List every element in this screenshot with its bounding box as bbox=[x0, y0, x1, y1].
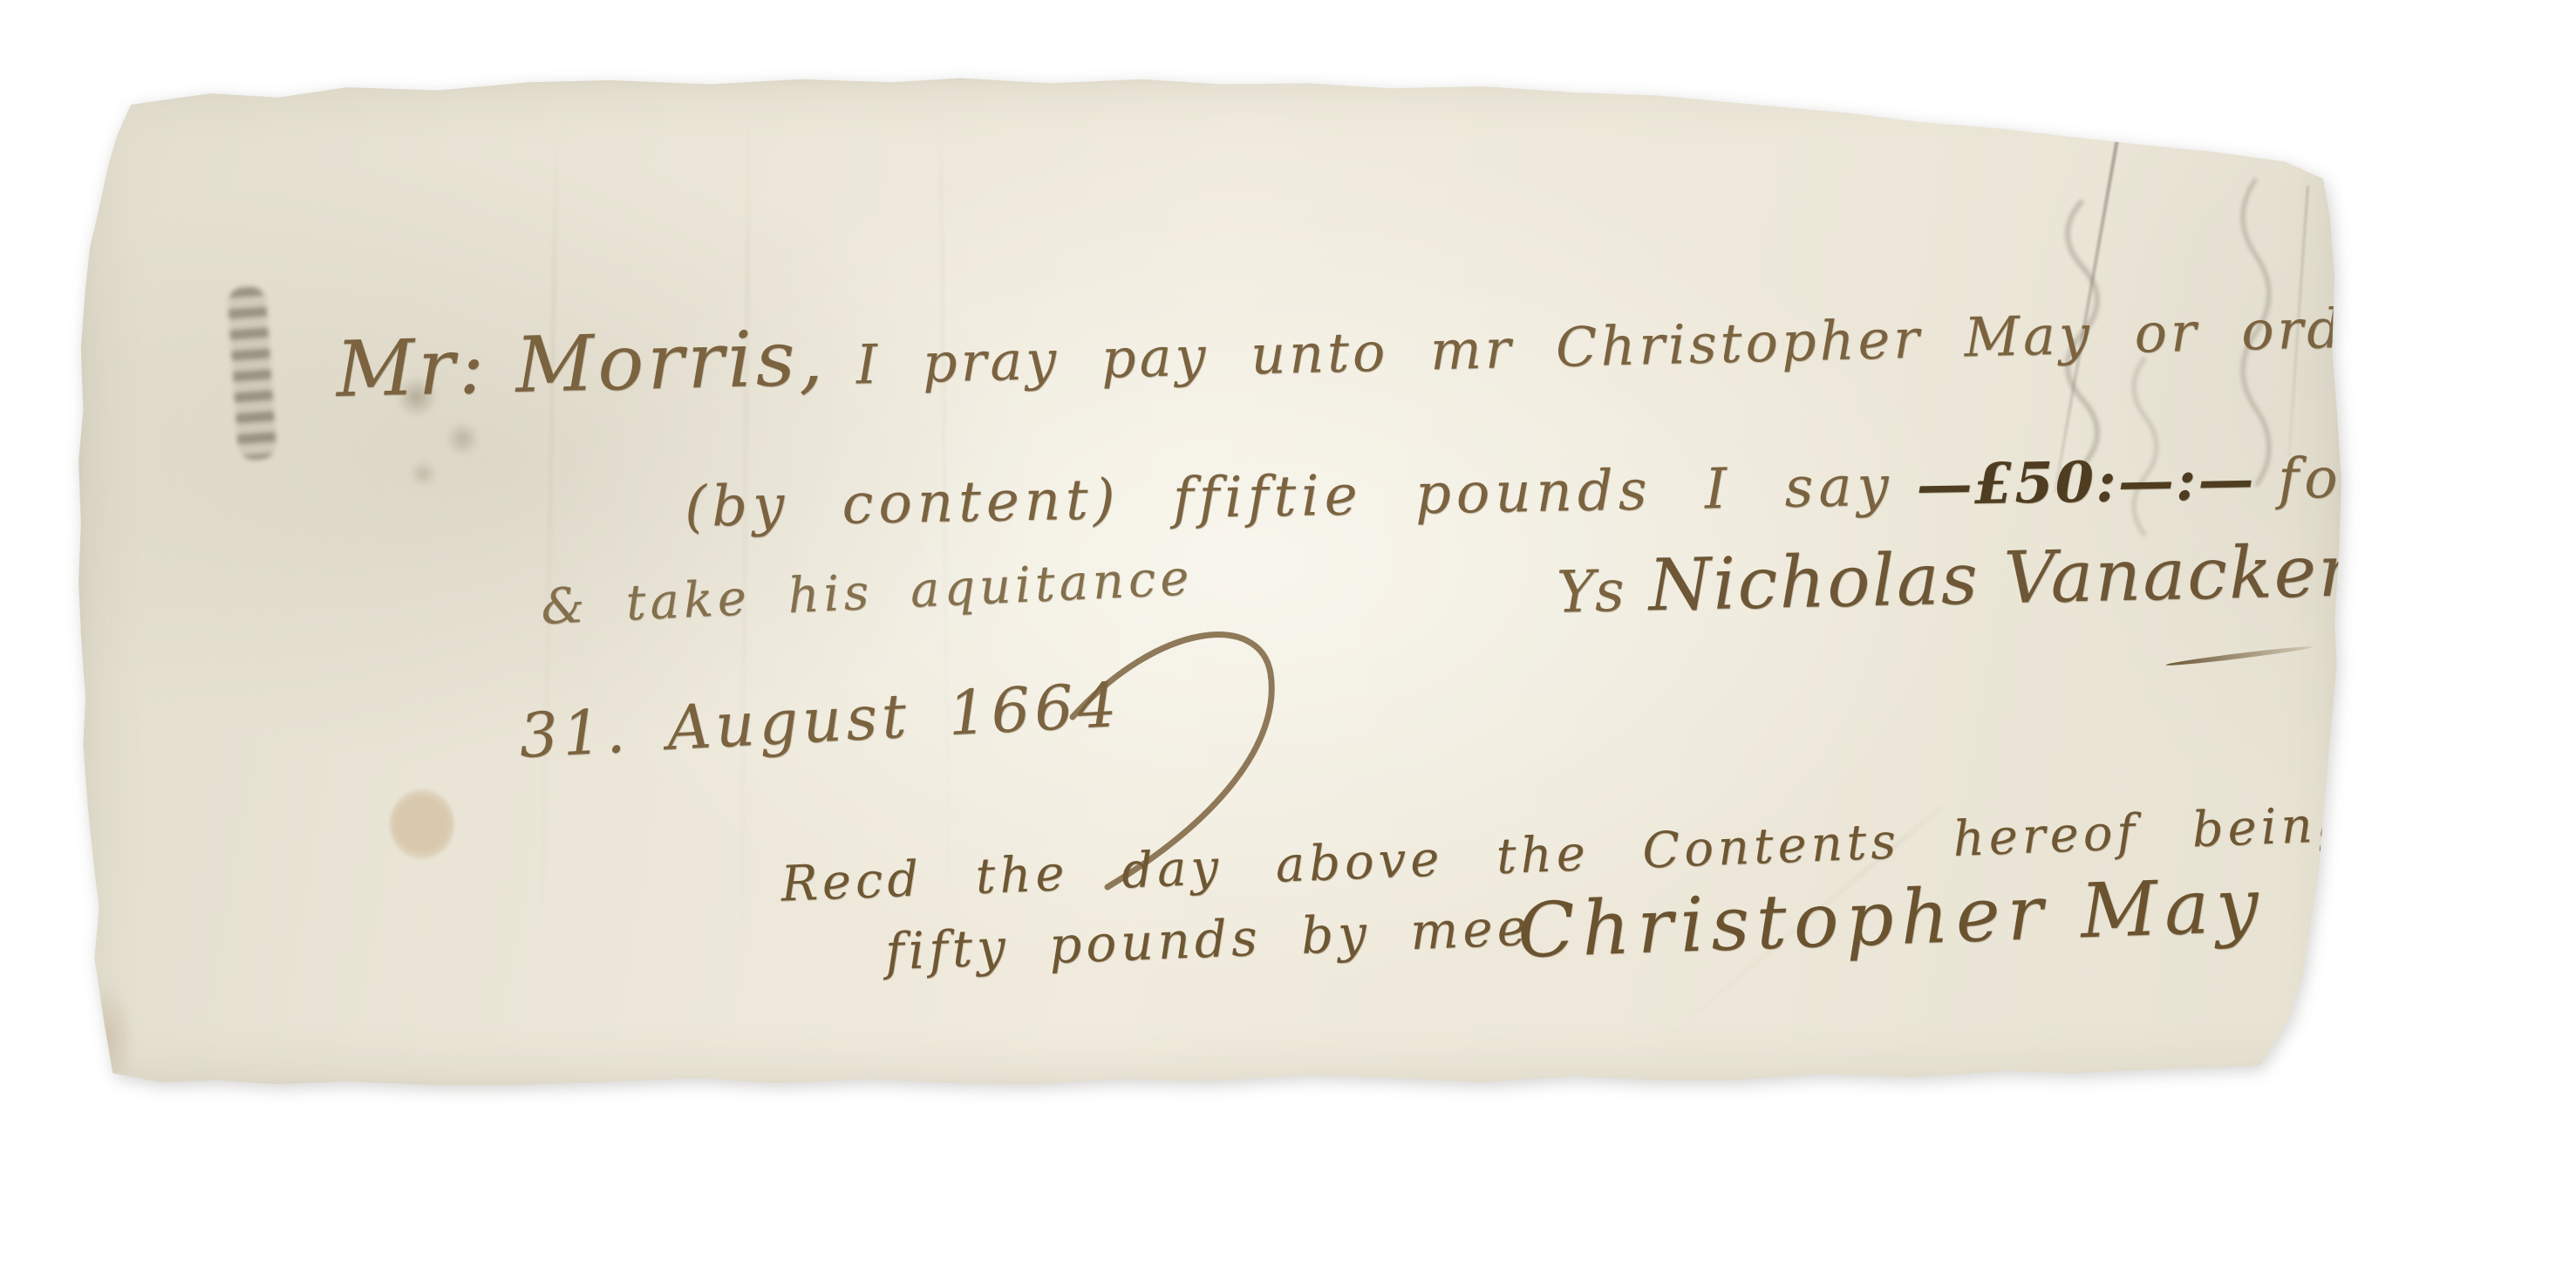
addressee-name: Mr: Morris, bbox=[335, 312, 828, 414]
valediction: Ys bbox=[1556, 557, 1625, 626]
paper-shadow-wrap: Mr: Morris, I pray pay unto mr Christoph… bbox=[0, 0, 2576, 1263]
ink-smudge-mark bbox=[227, 286, 277, 461]
manuscript-paper: Mr: Morris, I pray pay unto mr Christoph… bbox=[74, 74, 2346, 1090]
corner-stain bbox=[74, 981, 135, 1095]
paper-crease bbox=[74, 67, 484, 83]
scan-background: Mr: Morris, I pray pay unto mr Christoph… bbox=[0, 0, 2576, 1263]
paper-crease bbox=[540, 122, 558, 1029]
payment-request-text: I pray pay unto mr Christopher May or or… bbox=[855, 295, 2410, 397]
date-line: 31. August 1664 bbox=[517, 669, 1122, 772]
amount-suffix: for bbox=[2278, 446, 2375, 512]
amount-in-figures: —£50:—:— bbox=[1916, 447, 2256, 518]
drawer-signature-line: Ys Nicholas Vanacker bbox=[1556, 529, 2355, 629]
signature-flourish bbox=[2165, 645, 2313, 668]
receipt-statement-line2: fifty pounds by mee bbox=[884, 898, 1532, 981]
drawer-signature: Nicholas Vanacker bbox=[1648, 529, 2355, 627]
ink-stain bbox=[390, 789, 454, 859]
amount-in-words: (by content) ffiftie pounds I say bbox=[685, 454, 1895, 540]
